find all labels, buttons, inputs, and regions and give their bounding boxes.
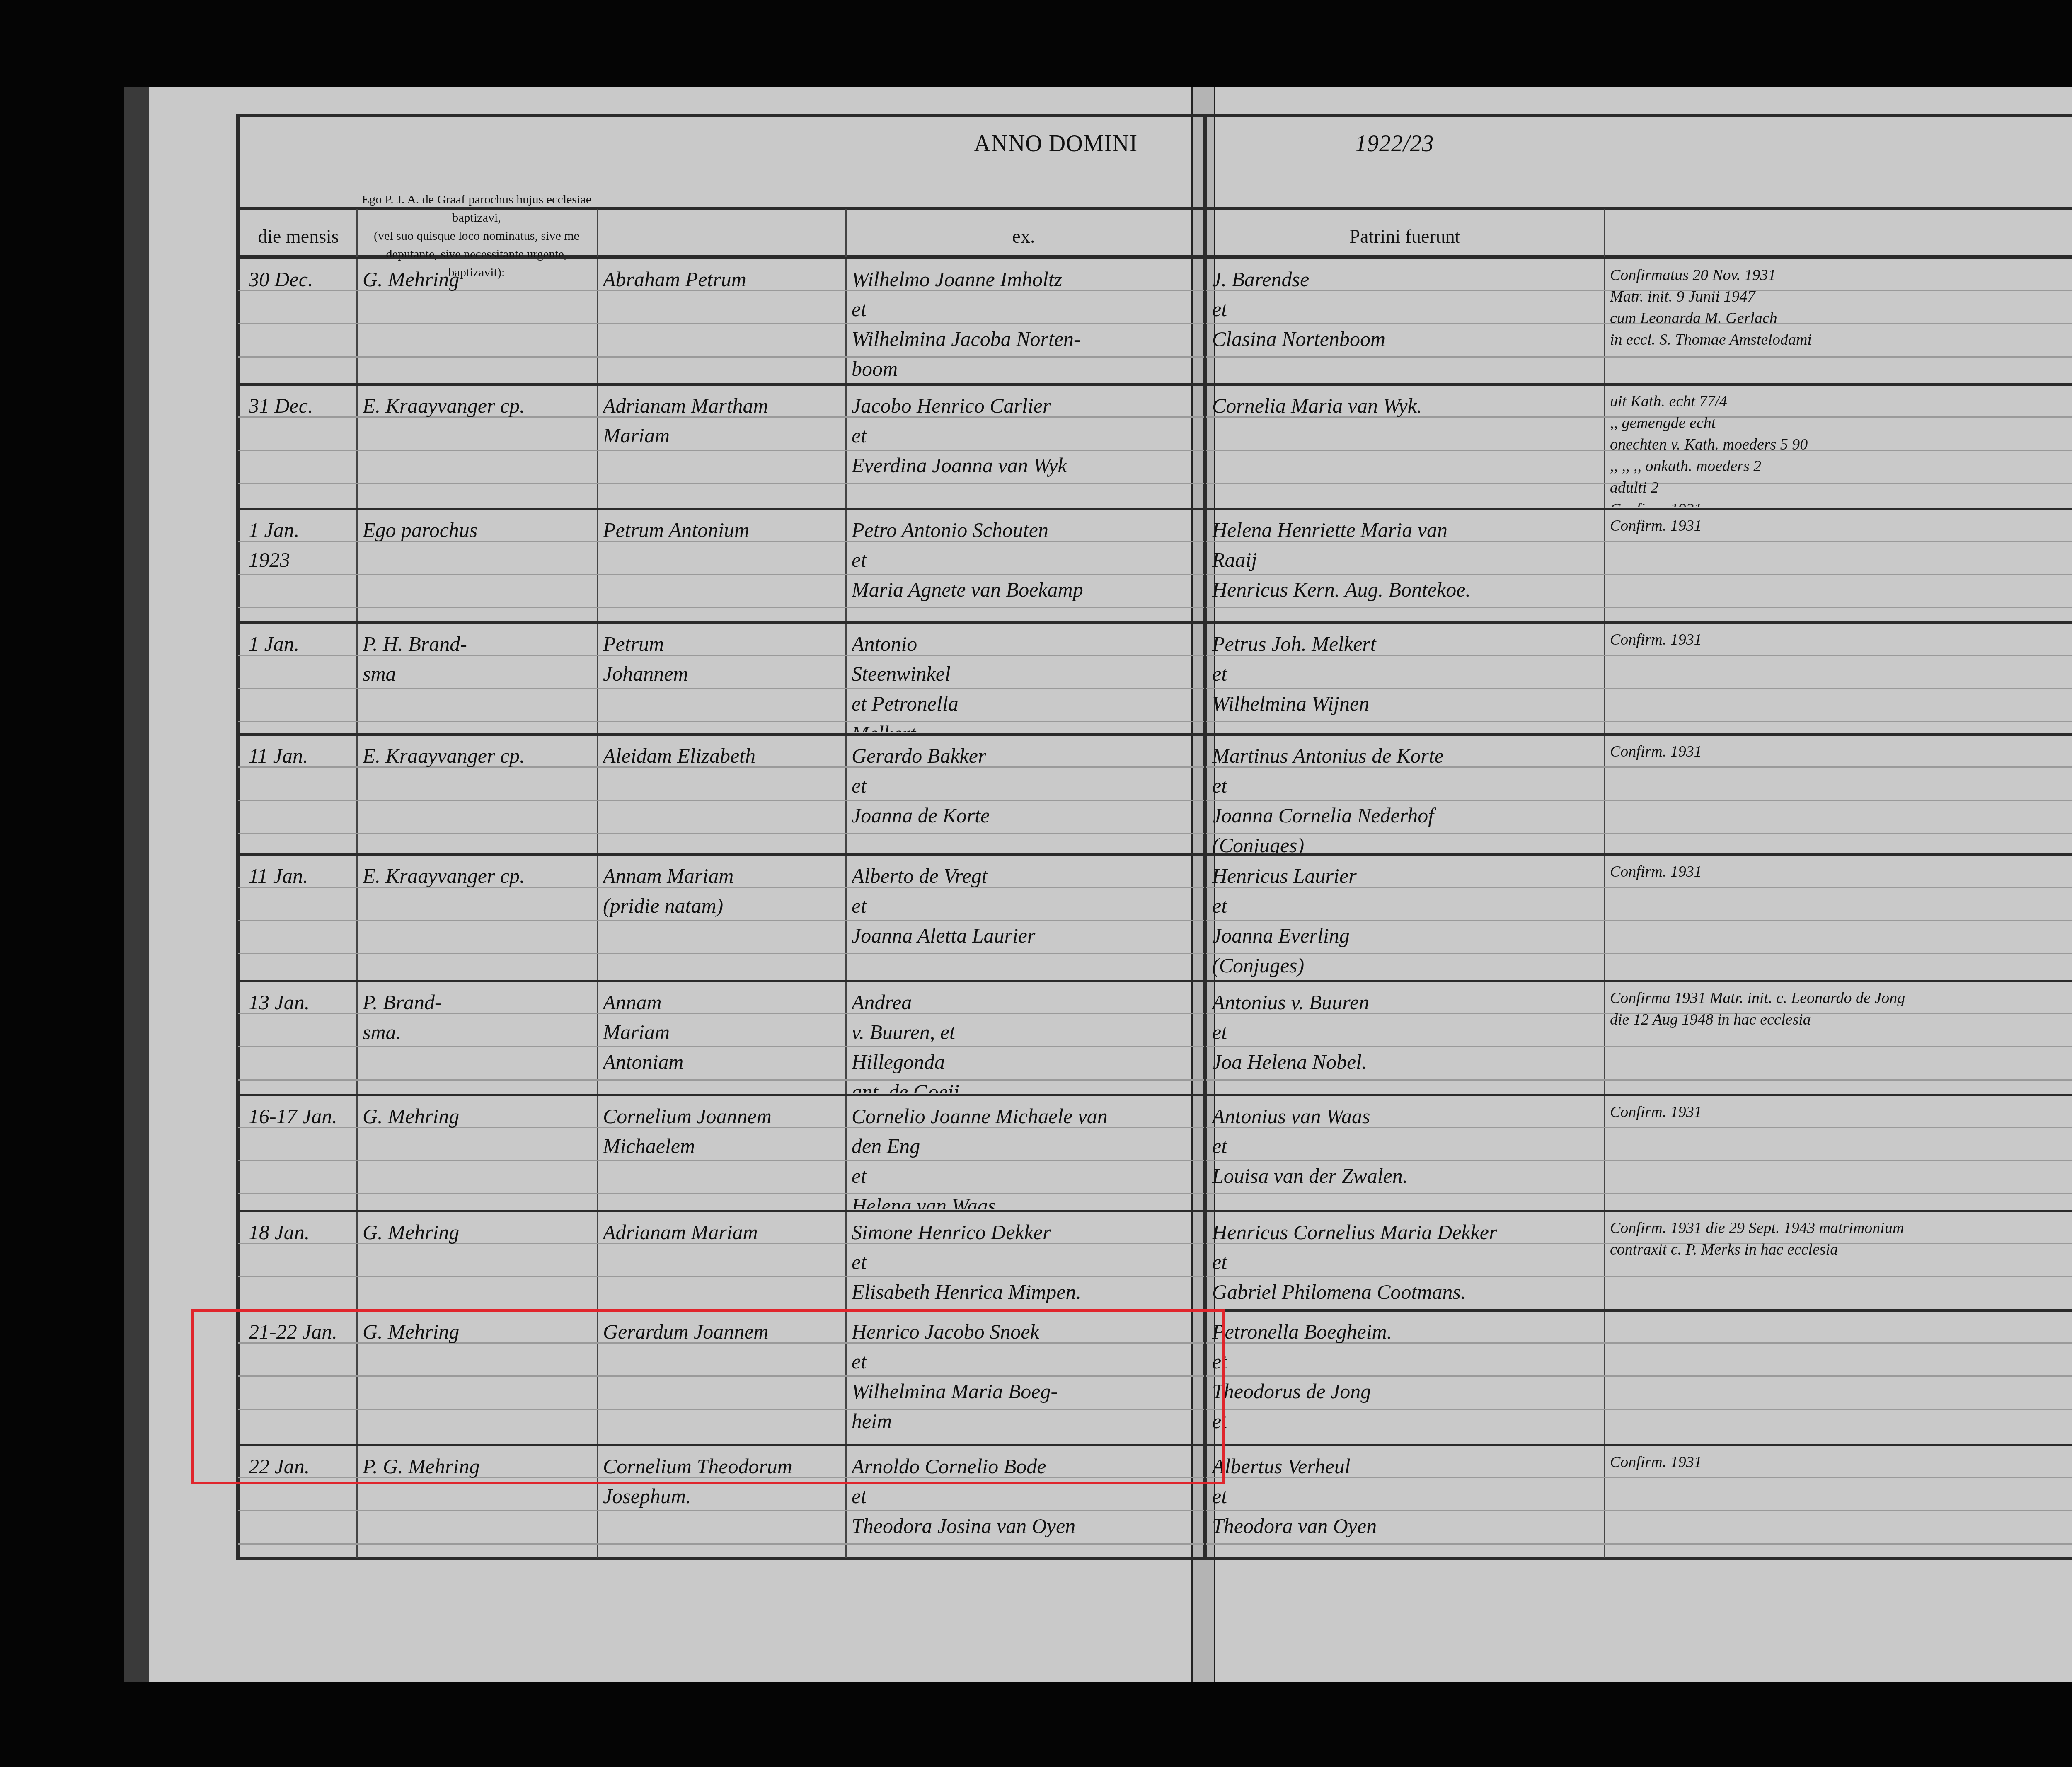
anno-domini-heading: ANNO DOMINI bbox=[974, 131, 1138, 157]
entry-baptizer: E. Kraayvanger cp. bbox=[363, 861, 595, 979]
entry-notes: Confirm. 1931 bbox=[1610, 1451, 2072, 1557]
entry-date: 22 Jan. bbox=[249, 1451, 354, 1557]
entry-notes: Confirmatus 20 Nov. 1931 Matr. init. 9 J… bbox=[1610, 264, 2072, 382]
entry-baptizer: G. Mehring bbox=[363, 1217, 595, 1308]
entry-date: 13 Jan. bbox=[249, 987, 354, 1093]
entry-child: Annam Mariam (pridie natam) bbox=[603, 861, 843, 979]
entry-baptizer: E. Kraayvanger cp. bbox=[363, 741, 595, 853]
entry-date: 16-17 Jan. bbox=[249, 1101, 354, 1209]
entry-child: Cornelium Theodorum Josephum. bbox=[603, 1451, 843, 1557]
entry-date: 1 Jan. 1923 bbox=[249, 515, 354, 621]
entry-notes: Confirma 1931 Matr. init. c. Leonardo de… bbox=[1610, 987, 2072, 1093]
entry-date: 31 Dec. bbox=[249, 391, 354, 507]
entry-parents: Wilhelmo Joanne Imholtz et Wilhelmina Ja… bbox=[852, 264, 1200, 382]
entry-baptizer: E. Kraayvanger cp. bbox=[363, 391, 595, 507]
entry-child: Petrum Antonium bbox=[603, 515, 843, 621]
entry-godparents: Petronella Boegheim. et Theodorus de Jon… bbox=[1212, 1317, 1602, 1443]
register-year: 1922/23 bbox=[1355, 131, 1434, 157]
entry-child: Annam Mariam Antoniam bbox=[603, 987, 843, 1093]
entry-child: Petrum Johannem bbox=[603, 629, 843, 732]
column-header-parents: ex. bbox=[845, 215, 1202, 257]
entry-notes: Confirm. 1931 bbox=[1610, 861, 2072, 979]
entry-date: 1 Jan. bbox=[249, 629, 354, 732]
entry-baptizer: G. Mehring bbox=[363, 264, 595, 382]
entry-parents: Arnoldo Cornelio Bode et Theodora Josina… bbox=[852, 1451, 1200, 1557]
entry-godparents: Albertus Verheul et Theodora van Oyen bbox=[1212, 1451, 1602, 1557]
entry-parents: Simone Henrico Dekker et Elisabeth Henri… bbox=[852, 1217, 1200, 1308]
entry-godparents: Helena Henriette Maria van Raaij Henricu… bbox=[1212, 515, 1602, 621]
entry-parents: Alberto de Vregt et Joanna Aletta Laurie… bbox=[852, 861, 1200, 979]
entry-godparents: Martinus Antonius de Korte et Joanna Cor… bbox=[1212, 741, 1602, 853]
entry-date: 11 Jan. bbox=[249, 861, 354, 979]
column-header-baptizer: Ego P. J. A. de Graaf parochus hujus ecc… bbox=[356, 215, 597, 257]
entry-godparents: Henricus Cornelius Maria Dekker et Gabri… bbox=[1212, 1217, 1602, 1308]
entry-parents: Cornelio Joanne Michaele van den Eng et … bbox=[852, 1101, 1200, 1209]
entry-godparents: J. Barendse et Clasina Nortenboom bbox=[1212, 264, 1602, 382]
entry-baptizer: Ego parochus bbox=[363, 515, 595, 621]
column-header-date: die mensis bbox=[240, 215, 356, 257]
entry-baptizer: P. Brand- sma. bbox=[363, 987, 595, 1093]
entry-parents: Petro Antonio Schouten et Maria Agnete v… bbox=[852, 515, 1200, 621]
entry-baptizer: P. G. Mehring bbox=[363, 1451, 595, 1557]
entry-parents: Antonio Steenwinkel et Petronella Melker… bbox=[852, 629, 1200, 732]
entry-godparents: Henricus Laurier et Joanna Everling (Con… bbox=[1212, 861, 1602, 979]
entry-baptizer: G. Mehring bbox=[363, 1317, 595, 1443]
entry-child: Aleidam Elizabeth bbox=[603, 741, 843, 853]
entry-child: Gerardum Joannem bbox=[603, 1317, 843, 1443]
baptizer-header-line1: Ego P. J. A. de Graaf parochus hujus ecc… bbox=[356, 191, 597, 227]
entry-child: Cornelium Joannem Michaelem bbox=[603, 1101, 843, 1209]
entry-date: 18 Jan. bbox=[249, 1217, 354, 1308]
entry-child: Adrianam Martham Mariam bbox=[603, 391, 843, 507]
entry-date: 21-22 Jan. bbox=[249, 1317, 354, 1443]
entry-godparents: Antonius v. Buuren et Joa Helena Nobel. bbox=[1212, 987, 1602, 1093]
entry-godparents: Cornelia Maria van Wyk. bbox=[1212, 391, 1602, 507]
entry-baptizer: P. H. Brand- sma bbox=[363, 629, 595, 732]
entry-notes: Confirm. 1931 bbox=[1610, 1101, 2072, 1209]
entry-child: Adrianam Mariam bbox=[603, 1217, 843, 1308]
entry-date: 11 Jan. bbox=[249, 741, 354, 853]
entry-parents: Jacobo Henrico Carlier et Everdina Joann… bbox=[852, 391, 1200, 507]
entry-parents: Gerardo Bakker et Joanna de Korte bbox=[852, 741, 1200, 853]
entry-notes: Confirm. 1931 bbox=[1610, 515, 2072, 621]
column-header-godparents: Patrini fuerunt bbox=[1206, 215, 1604, 257]
entry-godparents: Petrus Joh. Melkert et Wilhelmina Wijnen bbox=[1212, 629, 1602, 732]
entry-notes: Confirm. 1931 bbox=[1610, 629, 2072, 732]
entry-notes: Confirm. 1931 die 29 Sept. 1943 matrimon… bbox=[1610, 1217, 2072, 1308]
entry-godparents: Antonius van Waas et Louisa van der Zwal… bbox=[1212, 1101, 1602, 1209]
entry-baptizer: G. Mehring bbox=[363, 1101, 595, 1209]
entry-notes: uit Kath. echt 77/4 ,, gemengde echt one… bbox=[1610, 391, 2072, 507]
entry-notes: Confirm. 1931 bbox=[1610, 741, 2072, 853]
entry-date: 30 Dec. bbox=[249, 264, 354, 382]
entry-parents: Henrico Jacobo Snoek et Wilhelmina Maria… bbox=[852, 1317, 1200, 1443]
entry-notes bbox=[1610, 1317, 2072, 1443]
entry-parents: Andrea v. Buuren, et Hillegonda ant. de … bbox=[852, 987, 1200, 1093]
entry-child: Abraham Petrum bbox=[603, 264, 843, 382]
